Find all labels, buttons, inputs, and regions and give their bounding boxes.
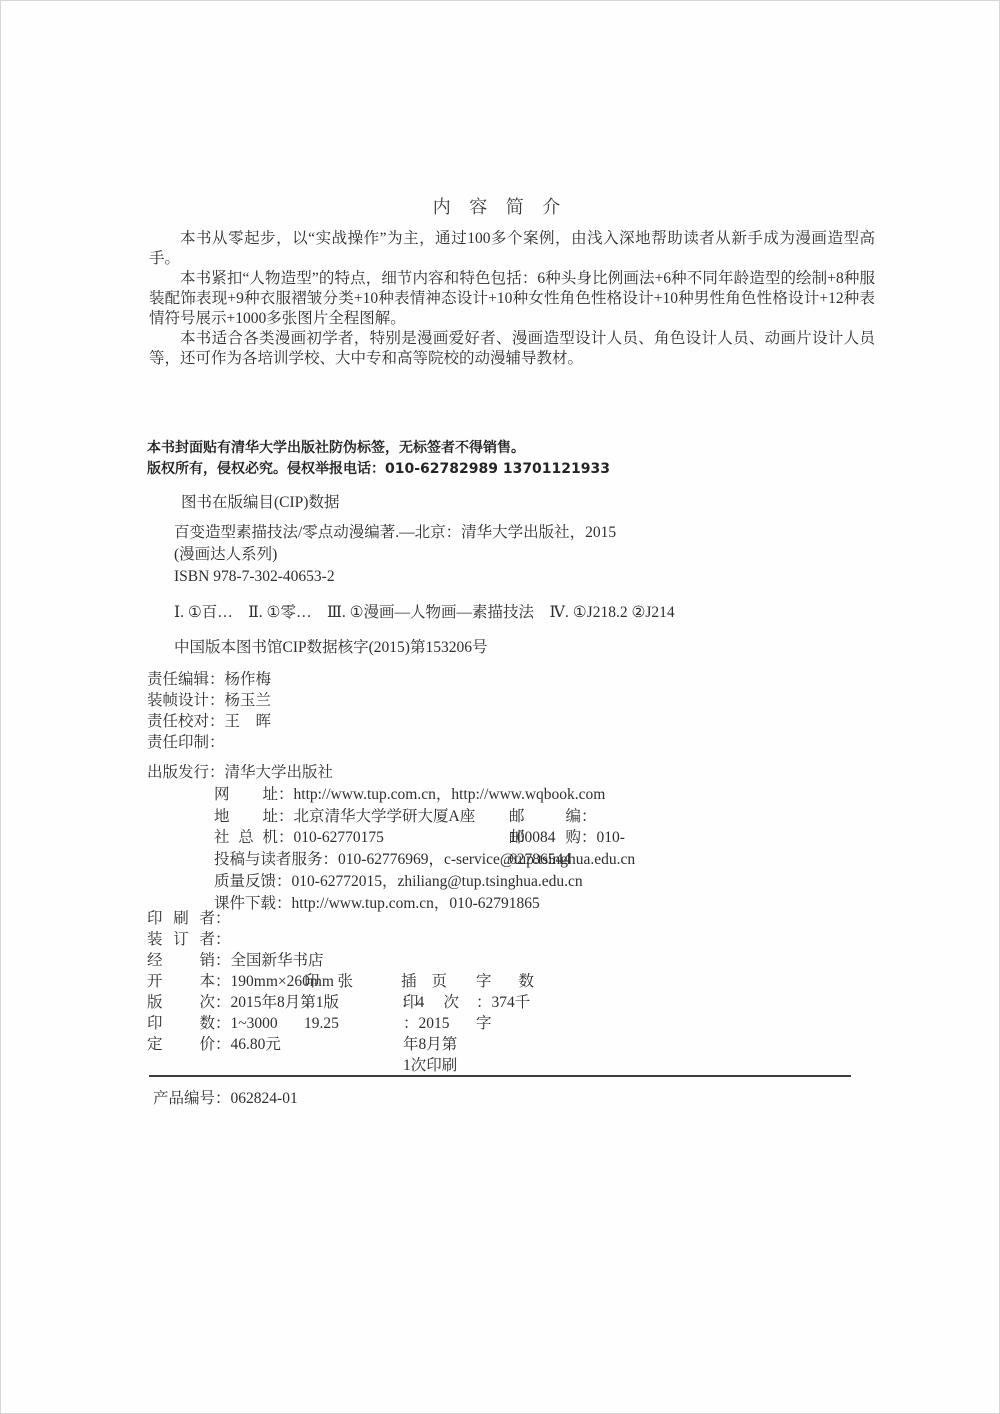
inserts-label: 插页 [401,971,447,992]
staff-row-proofreader: 责任校对王 晖 [147,711,271,732]
cip-data-block: 百变造型素描技法/零点动漫编著.—北京：清华大学出版社，2015 (漫画达人系列… [174,522,675,659]
staff-value: 王 晖 [225,713,272,730]
publisher-label: 出版发行 [147,764,225,781]
switchboard-value: 010-62770175 [294,829,384,846]
edition-value: 2015年8月第1版 [231,994,340,1011]
quality-feedback-label: 质量反馈 [214,873,292,890]
content-summary: 本书从零起步，以“实战操作”为主，通过100多个案例，由浅入深地帮助读者从新手成… [149,229,875,369]
printer-row: 印刷者 [147,908,339,929]
edition-label: 版次 [147,992,215,1013]
staff-row-print-supervisor: 责任印制 [147,732,271,753]
intro-paragraph: 本书紧扣“人物造型”的特点，细节内容和特色包括：6种头身比例画法+6种不同年龄造… [149,269,875,329]
distributor-value: 全国新华书店 [231,952,324,969]
sheets-label: 印张 [304,971,353,992]
impression-label: 印次 [403,992,459,1013]
staff-value: 杨作梅 [225,671,272,688]
isbn-line: ISBN 978-7-302-40653-2 [174,566,675,588]
reader-service-label: 投稿与读者服务 [214,851,338,868]
price-row: 定价46.80元 [147,1034,339,1055]
distributor-row: 经销全国新华书店 [147,950,339,971]
quality-feedback-value: 010-62772015，zhiliang@tup.tsinghua.edu.c… [292,873,583,890]
staff-row-designer: 装帧设计杨玉兰 [147,690,271,711]
switchboard-label: 社总机 [214,827,278,849]
binder-label: 装订者 [147,929,215,950]
distributor-label: 经销 [147,950,215,971]
website-row: 网址http://www.tup.com.cn，http://www.wqboo… [147,784,635,806]
cip-series-line: (漫画达人系列) [174,544,675,566]
staff-value: 杨玉兰 [225,692,272,709]
staff-row-editor: 责任编辑杨作梅 [147,669,271,690]
staff-label: 责任印制 [147,734,225,751]
book-copyright-page: 内 容 简 介 本书从零起步，以“实战操作”为主，通过100多个案例，由浅入深地… [0,0,1000,1414]
edition-row: 版次2015年8月第1版 印次2015年8月第1次印刷 [147,992,339,1013]
switchboard-row: 社总机010-62770175 邮购010-62786544 [147,827,635,849]
anti-counterfeit-line: 本书封面贴有清华大学出版社防伪标签，无标签者不得销售。 [147,438,610,459]
print-run-value: 1~3000 [231,1015,278,1032]
address-value: 北京清华大学学研大厦A座 [294,808,476,825]
reader-service-value: 010-62776969，c-service@tup.tsinghua.edu.… [338,851,635,868]
intro-paragraph: 本书从零起步，以“实战操作”为主，通过100多个案例，由浅入深地帮助读者从新手成… [149,229,875,269]
cip-classification-line: Ⅰ. ①百… Ⅱ. ①零… Ⅲ. ①漫画—人物画—素描技法 Ⅳ. ①J218.2… [174,602,675,624]
address-label: 地址 [214,806,278,828]
copyright-line: 版权所有，侵权必究。侵权举报电话：010-62782989 1370112193… [147,459,610,480]
print-run-label: 印数 [147,1013,215,1034]
format-row: 开本190mm×260mm 印张19.25 插页4 字数374千字 [147,971,339,992]
cip-heading: 图书在版编目(CIP)数据 [181,490,339,512]
website-value: http://www.tup.com.cn，http://www.wqbook.… [294,786,606,803]
divider-line [149,1075,851,1077]
staff-label: 装帧设计 [147,692,225,709]
page-title: 内 容 简 介 [1,193,999,219]
reader-service-row: 投稿与读者服务010-62776969，c-service@tup.tsingh… [147,849,635,871]
printer-label: 印刷者 [147,908,215,929]
staff-credits: 责任编辑杨作梅 装帧设计杨玉兰 责任校对王 晖 责任印制 [147,669,271,753]
cip-title-line: 百变造型素描技法/零点动漫编著.—北京：清华大学出版社，2015 [174,522,675,544]
price-value: 46.80元 [231,1036,281,1053]
publisher-row: 出版发行清华大学出版社 [147,762,635,784]
staff-label: 责任校对 [147,713,225,730]
website-label: 网址 [214,784,278,806]
intro-paragraph: 本书适合各类漫画初学者，特别是漫画爱好者、漫画造型设计人员、角色设计人员、动画片… [149,329,875,369]
product-code-row: 产品编号062824-01 [153,1086,298,1108]
publisher-block: 出版发行清华大学出版社 网址http://www.tup.com.cn，http… [147,762,635,915]
print-run-row: 印数1~3000 [147,1013,339,1034]
format-label: 开本 [147,971,215,992]
cip-record-line: 中国版本图书馆CIP数据核字(2015)第153206号 [174,637,675,659]
anti-piracy-notice: 本书封面贴有清华大学出版社防伪标签，无标签者不得销售。 版权所有，侵权必究。侵权… [147,438,610,480]
publisher-name: 清华大学出版社 [225,764,334,781]
printing-spec-block: 印刷者 装订者 经销全国新华书店 开本190mm×260mm 印张19.25 插… [147,908,339,1055]
price-label: 定价 [147,1034,215,1055]
word-count-label: 字数 [476,971,534,992]
address-row: 地址北京清华大学学研大厦A座 邮编100084 [147,806,635,828]
binder-row: 装订者 [147,929,339,950]
staff-label: 责任编辑 [147,671,225,688]
quality-feedback-row: 质量反馈010-62772015，zhiliang@tup.tsinghua.e… [147,871,635,893]
mail-order-label: 邮购 [509,827,581,849]
postcode-label: 邮编 [509,806,581,828]
impression-field: 印次2015年8月第1次印刷 [403,992,459,1076]
product-code-label: 产品编号 [153,1090,231,1107]
word-count-field: 字数374千字 [476,971,534,1034]
product-code-value: 062824-01 [231,1090,298,1107]
